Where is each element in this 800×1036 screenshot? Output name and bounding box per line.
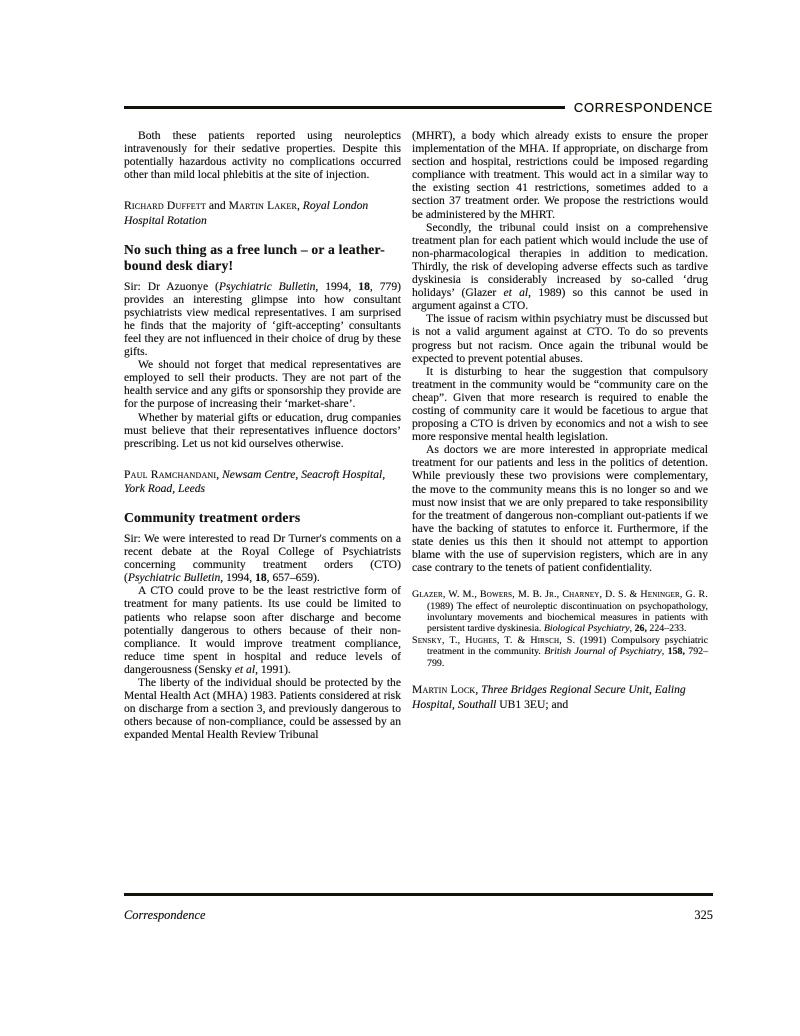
text-run: Sir: Dr Azuonye ( — [124, 280, 219, 293]
text-run: British Journal of Psychiatry — [544, 646, 662, 657]
author-signature: Paul Ramchandani, Newsam Centre, Seacrof… — [124, 468, 401, 497]
text-run: et al — [235, 663, 255, 676]
text-run: Biological Psychiatry — [544, 623, 630, 634]
left-column: Both these patients reported using neuro… — [124, 129, 401, 741]
footer-page-number: 325 — [694, 908, 713, 923]
text-run: The issue of racism within psychiatry mu… — [412, 312, 708, 364]
text-run: and — [206, 199, 229, 212]
paragraph: Sir: Dr Azuonye (Psychiatric Bulletin, 1… — [124, 280, 401, 359]
text-run: , 1991). — [255, 663, 291, 676]
text-run: 26, — [635, 623, 647, 634]
text-run: Martin Lock — [412, 683, 475, 696]
text-run: We should not forget that medical repres… — [124, 358, 401, 410]
text-run: The liberty of the individual should be … — [124, 676, 401, 741]
text-run: (MHRT), a body which already exists to e… — [412, 129, 708, 221]
paragraph: As doctors we are more interested in app… — [412, 443, 708, 574]
footer-rule — [124, 893, 713, 896]
two-column-text: Both these patients reported using neuro… — [124, 129, 708, 741]
paragraph: The liberty of the individual should be … — [124, 676, 401, 741]
text-run: Psychiatric Bulletin — [128, 571, 220, 584]
text-run: Psychiatric Bulletin — [219, 280, 315, 293]
text-run: Both these patients reported using neuro… — [124, 129, 401, 181]
page-header: CORRESPONDENCE — [124, 100, 713, 115]
page-footer: Correspondence 325 — [124, 893, 713, 923]
author-signature: Richard Duffett and Martin Laker, Royal … — [124, 199, 401, 228]
right-column: (MHRT), a body which already exists to e… — [412, 129, 708, 741]
letter-heading: No such thing as a free lunch – or a lea… — [124, 242, 401, 274]
paragraph: Secondly, the tribunal could insist on a… — [412, 221, 708, 313]
reference-entry: Sensky, T., Hughes, T. & Hirsch, S. (199… — [412, 635, 708, 669]
text-run: Community treatment orders — [124, 510, 300, 525]
text-run: As doctors we are more interested in app… — [412, 443, 708, 574]
paragraph: We should not forget that medical repres… — [124, 358, 401, 410]
paragraph: The issue of racism within psychiatry mu… — [412, 312, 708, 364]
paragraph: It is disturbing to hear the suggestion … — [412, 365, 708, 444]
text-run: It is disturbing to hear the suggestion … — [412, 365, 708, 443]
text-run: , 1994, — [315, 280, 358, 293]
paragraph: Sir: We were interested to read Dr Turne… — [124, 532, 401, 584]
text-run: No such thing as a free lunch – or a lea… — [124, 242, 385, 273]
text-run: 18 — [255, 571, 267, 584]
text-run: Whether by material gifts or education, … — [124, 411, 401, 450]
letter-heading: Community treatment orders — [124, 510, 401, 526]
paragraph: (MHRT), a body which already exists to e… — [412, 129, 708, 221]
paragraph: Both these patients reported using neuro… — [124, 129, 401, 181]
reference-entry: Glazer, W. M., Bowers, M. B. Jr., Charne… — [412, 589, 708, 635]
journal-page: CORRESPONDENCE Both these patients repor… — [0, 0, 800, 1036]
header-rule — [124, 106, 565, 109]
text-run: Richard Duffett — [124, 199, 206, 212]
text-run: , 1994, — [220, 571, 255, 584]
author-signature: Martin Lock, Three Bridges Regional Secu… — [412, 683, 708, 712]
paragraph: Whether by material gifts or education, … — [124, 411, 401, 450]
header-title: CORRESPONDENCE — [574, 100, 713, 115]
text-run: , 657–659). — [267, 571, 320, 584]
text-run: UB1 3EU; and — [496, 698, 568, 711]
text-run: et al — [504, 286, 529, 299]
footer-row: Correspondence 325 — [124, 908, 713, 923]
text-run: 18 — [358, 280, 370, 293]
text-run: 158, — [668, 646, 685, 657]
text-run: Glazer, W. M., Bowers, M. B. Jr., Charne… — [412, 589, 708, 600]
text-run: 224–233. — [647, 623, 687, 634]
text-run: Martin Laker — [229, 199, 297, 212]
paragraph: A CTO could prove to be the least restri… — [124, 584, 401, 676]
text-run: Paul Ramchandani — [124, 468, 216, 481]
text-run: Sensky, T., Hughes, T. & Hirsch, S. — [412, 635, 575, 646]
footer-journal-title: Correspondence — [124, 908, 205, 923]
